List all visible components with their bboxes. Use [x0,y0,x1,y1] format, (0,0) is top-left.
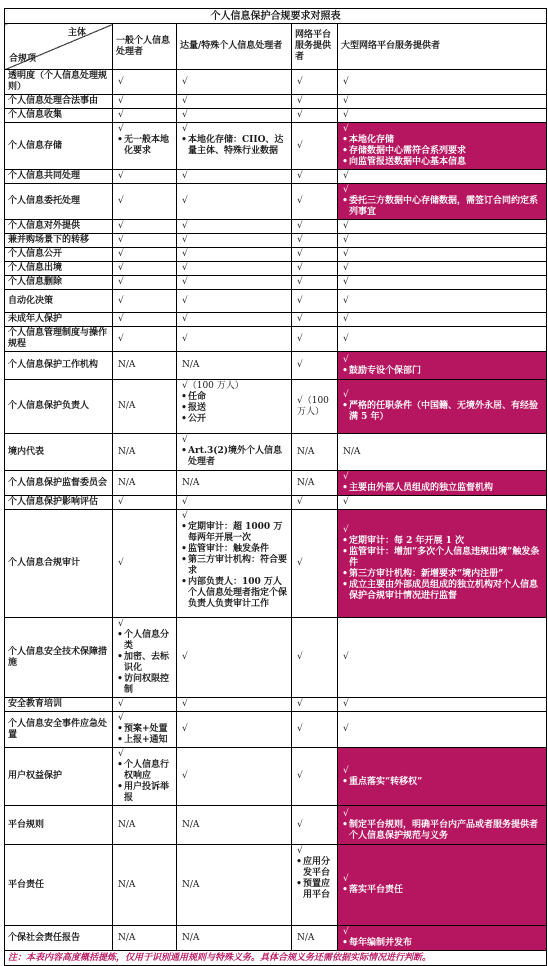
highlight-cell: √•重点落实“转移权” [338,748,547,806]
check-mark: √ [116,110,173,121]
check-mark: √ [180,277,288,288]
check-mark: √ [180,699,288,710]
check-mark: √ [116,124,173,135]
bullet-text: 无一般本地化要求 [124,135,173,157]
compliance-table: 个人信息保护合规要求对照表 主体 合规项 一般个人信息处理者 达量/特殊个人信息… [4,8,547,931]
check-mark: √ [341,249,543,260]
bullet-icon: • [116,760,124,782]
table-row: 个人信息公开√√√√ [5,248,547,262]
check-mark: √ [341,235,543,246]
bullet-item: •内部负责人：100 万人个人信息处理者指定个保负责人负责审计工作 [180,577,288,610]
highlight-cell: √•鼓励专设个保部门 [338,352,547,380]
check-mark: √ [295,699,334,710]
check-mark: √ [180,110,288,121]
bullet-icon: • [180,135,188,157]
cell: √ [177,618,292,698]
cell: √ [177,70,292,95]
na-mark: N/A [116,880,173,891]
corner-label-item: 合规项 [9,54,36,65]
check-mark: √ [116,263,173,274]
row-label: 个人信息合规审计 [5,510,113,618]
check-mark: √ [116,77,173,88]
bullet-icon: • [180,577,188,610]
cell: √ [113,95,177,109]
cell: √ [292,262,338,276]
bullet-text: 个人信息分类 [124,630,173,652]
bullet-icon: • [341,196,349,218]
bullet-text: 主要由外部人员组成的独立监督机构 [349,483,543,494]
cell: √ [338,109,547,123]
check-mark: √ [295,652,334,663]
check-mark: √ [341,334,543,345]
check-mark: √ [180,77,288,88]
check-mark: √ [295,221,334,232]
bullet-text: 本地化存储：CIIO、达量主体、特殊行业数据 [188,135,288,157]
cell: √ [113,290,177,313]
na-mark: N/A [341,447,543,458]
cell: N/A [113,471,177,496]
bullet-icon: • [341,401,349,423]
bullet-text: 第三方审计机构：新增要求“境内注册” [349,569,543,580]
check-mark: √ [180,124,288,135]
cell: √ [292,220,338,234]
cell: √ [113,109,177,123]
na-mark: N/A [116,820,173,831]
check-mark: √ [180,334,288,345]
column-header-platform-provider: 网络平台服务提供者 [292,24,338,70]
cell: N/A [338,434,547,471]
check-mark: √ [341,927,543,931]
table-title: 个人信息保护合规要求对照表 [5,9,547,24]
bullet-icon: • [180,555,188,577]
bullet-text: 内部负责人：100 万人个人信息处理者指定个保负责人负责审计工作 [188,577,288,610]
cell: N/A [177,471,292,496]
bullet-icon: • [341,146,349,157]
check-mark: √ [116,619,173,630]
bullet-item: •监管审计：触发条件 [180,544,288,555]
na-mark: N/A [180,478,288,489]
cell: √ [113,220,177,234]
cell: N/A [177,926,292,932]
bullet-icon: • [341,547,349,569]
check-mark: √ [116,171,173,182]
bullet-item: •上报+通知 [116,735,173,746]
bullet-item: •访问权限控制 [116,674,173,696]
check-mark: √ [295,235,334,246]
table-row: 个人信息合规审计√√•定期审计：超 1000 万每两年开展一次•监管审计：触发条… [5,510,547,618]
cell: √ [292,184,338,220]
bullet-item: •严格的任职条件（中国籍、无境外永居、有经验满 5 年） [341,401,543,423]
check-mark: √ [116,196,173,207]
bullet-text: 任命 [188,392,288,403]
cell: √ [177,327,292,352]
bullet-item: •监管审计：增加“多次个人信息违规出境”触发条件 [341,547,543,569]
table-row: 个人信息管理制度与操作规程√√√√ [5,327,547,352]
bullet-text: 监管审计：触发条件 [188,544,288,555]
highlight-cell: √•主要由外部人员组成的独立监督机构 [338,471,547,496]
row-label: 个人信息删除 [5,276,113,290]
highlight-cell: √•本地化存储•存储数据中心需符合系列要求•向监管报送数据中心基本信息 [338,123,547,170]
compliance-table-wrapper: 个人信息保护合规要求对照表 主体 合规项 一般个人信息处理者 达量/特殊个人信息… [4,8,546,931]
table-row: 个人信息保护负责人N/A√（100 万人）•任命•报送•公开√（100 万人）√… [5,380,547,434]
check-mark: √ [295,724,334,735]
check-mark: √ [116,558,173,569]
cell: √ [292,352,338,380]
check-mark: √（100 万人） [180,381,288,392]
row-label: 透明度（个人信息处理规则） [5,70,113,95]
bullet-icon: • [295,857,303,879]
bullet-item: •第三方审计机构：符合要求 [180,555,288,577]
table-row: 个人信息委托处理√√√√•委托三方数据中心存储数据，需签订合同约定系列事宜 [5,184,547,220]
table-row: 个人信息对外提供√√√√ [5,220,547,234]
cell: N/A [292,926,338,932]
row-label: 个人信息保护工作机构 [5,352,113,380]
cell: √ [292,698,338,712]
table-row: 个人信息保护影响评估√√√√ [5,496,547,510]
bullet-text: 制定平台规则，明确平台内产品或者服务提供者个人信息保护规范与义务 [349,820,543,842]
check-mark: √ [180,296,288,307]
bullet-item: •无一般本地化要求 [116,135,173,157]
na-mark: N/A [116,478,173,489]
cell: √ [113,496,177,510]
cell: √•个人信息行权响应•用户投诉举报 [113,748,177,806]
bullet-text: 严格的任职条件（中国籍、无境外永居、有经验满 5 年） [349,401,543,423]
cell: √ [113,698,177,712]
bullet-text: 委托三方数据中心存储数据，需签订合同约定系列事宜 [349,196,543,218]
cell: √•应用分发平台•预置应用平台 [292,845,338,926]
column-header-volume-special-processor: 达量/特殊个人信息处理者 [177,24,292,70]
row-label: 个人信息收集 [5,109,113,123]
bullet-icon: • [180,446,188,468]
cell: N/A [113,380,177,434]
check-mark: √ [295,141,334,152]
check-mark: √ [180,196,288,207]
table-row: 未成年人保护√√√√ [5,313,547,327]
cell: √ [338,618,547,698]
bullet-item: •定期审计：超 1000 万每两年开展一次 [180,522,288,544]
bullet-item: •应用分发平台 [295,857,334,879]
cell: √•个人信息分类•加密、去标识化•访问权限控制 [113,618,177,698]
cell: √ [113,313,177,327]
cell: N/A [292,471,338,496]
table-row: 透明度（个人信息处理规则）√√√√ [5,70,547,95]
bullet-icon: • [341,820,349,842]
row-label: 个人信息保护影响评估 [5,496,113,510]
bullet-text: 落实平台责任 [349,885,543,896]
bullet-icon: • [180,414,188,425]
bullet-icon: • [341,366,349,377]
table-row: 个人信息处理合法事由√√√√ [5,95,547,109]
cell: √ [292,70,338,95]
cell: √ [177,95,292,109]
bullet-text: 预置应用平台 [303,879,334,901]
highlight-cell: √•制定平台规则，明确平台内产品或者服务提供者个人信息保护规范与义务 [338,806,547,845]
check-mark: √ [116,497,173,508]
cell: √ [177,184,292,220]
row-label: 个人信息安全技术保障措施 [5,618,113,698]
bullet-item: •制定平台规则，明确平台内产品或者服务提供者个人信息保护规范与义务 [341,820,543,842]
check-mark: √ [341,724,543,735]
cell: √ [292,248,338,262]
row-label: 个人信息存储 [5,123,113,170]
check-mark: √ [116,334,173,345]
cell: √ [338,170,547,184]
bullet-item: •落实平台责任 [341,885,543,896]
check-mark: √ [180,263,288,274]
table-row: 个人信息收集√√√√ [5,109,547,123]
cell: √ [292,170,338,184]
row-label: 平台规则 [5,806,113,845]
check-mark: √ [341,96,543,107]
bullet-text: 加密、去标识化 [124,652,173,674]
cell: √ [113,170,177,184]
table-body: 透明度（个人信息处理规则）√√√√个人信息处理合法事由√√√√个人信息收集√√√… [5,70,547,932]
check-mark: √ [295,196,334,207]
highlight-cell: √•委托三方数据中心存储数据，需签订合同约定系列事宜 [338,184,547,220]
check-mark: √ [341,472,543,483]
check-mark: √ [341,277,543,288]
check-mark: √ [180,249,288,260]
bullet-text: 监管审计：增加“多次个人信息违规出境”触发条件 [349,547,543,569]
bullet-item: •存储数据中心需符合系列要求 [341,146,543,157]
cell: √ [177,109,292,123]
check-mark: √ [341,124,543,135]
table-row: 境内代表N/A√•Art.3(2)境外个人信息处理者N/AN/A [5,434,547,471]
bullet-icon: • [180,544,188,555]
check-mark: √ [295,249,334,260]
cell: √ [292,496,338,510]
check-mark: √ [341,699,543,710]
row-label: 个人信息安全事件应急处置 [5,712,113,748]
highlight-cell: √•每年编制并发布 [338,926,547,932]
cell: N/A [292,434,338,471]
check-mark: √ [295,277,334,288]
bullet-icon: • [341,777,349,788]
bullet-item: •委托三方数据中心存储数据，需签订合同约定系列事宜 [341,196,543,218]
bullet-text: 报送 [188,403,288,414]
cell: √ [292,327,338,352]
row-label: 境内代表 [5,434,113,471]
row-label: 个保社会责任报告 [5,926,113,932]
cell: √ [338,496,547,510]
bullet-icon: • [341,483,349,494]
bullet-icon: • [116,782,124,804]
cell: √ [177,496,292,510]
row-label: 个人信息委托处理 [5,184,113,220]
check-mark: √ [341,497,543,508]
cell: √ [113,262,177,276]
check-mark: √ [341,296,543,307]
check-mark: √ [295,846,334,857]
highlight-cell: √•严格的任职条件（中国籍、无境外永居、有经验满 5 年） [338,380,547,434]
check-mark: √ [116,96,173,107]
bullet-item: •本地化存储 [341,135,543,146]
bullet-text: 鼓励专设个保部门 [349,366,543,377]
check-mark: √ [116,249,173,260]
na-mark: N/A [116,401,173,412]
row-label: 平台责任 [5,845,113,926]
cell: √ [177,313,292,327]
table-row: 个人信息删除√√√√ [5,276,547,290]
bullet-icon: • [116,630,124,652]
cell: √ [338,327,547,352]
check-mark: √ [341,766,543,777]
check-mark: √ [295,96,334,107]
cell: √ [338,70,547,95]
check-mark: √ [341,263,543,274]
check-mark: √ [180,497,288,508]
bullet-icon: • [295,879,303,901]
bullet-text: 存储数据中心需符合系列要求 [349,146,543,157]
cell: √ [177,234,292,248]
check-mark: √ [180,96,288,107]
bullet-item: •个人信息行权响应 [116,760,173,782]
cell: √ [292,234,338,248]
check-mark: √ [295,771,334,782]
bullet-item: •加密、去标识化 [116,652,173,674]
bullet-icon: • [116,735,124,746]
cell: √ [292,123,338,170]
check-mark: √ [341,809,543,820]
bullet-text: 用户投诉举报 [124,782,173,804]
bullet-item: •第三方审计机构：新增要求“境内注册” [341,569,543,580]
check-mark: √ [341,171,543,182]
check-mark: √ [341,221,543,232]
cell: N/A [113,926,177,932]
bullet-text: 定期审计：每 2 年开展 1 次 [349,536,543,547]
bullet-text: Art.3(2)境外个人信息处理者 [188,446,288,468]
check-mark: √ [295,334,334,345]
cell: √ [177,170,292,184]
bullet-item: •鼓励专设个保部门 [341,366,543,377]
bullet-item: •成立主要由外部成员组成的独立机构对个人信息保护合规审计情况进行监督 [341,580,543,602]
check-mark: √ [180,235,288,246]
cell: √（100 万人）•任命•报送•公开 [177,380,292,434]
table-row: 个人信息安全技术保障措施√•个人信息分类•加密、去标识化•访问权限控制√√√ [5,618,547,698]
check-mark: √ [116,221,173,232]
na-mark: N/A [295,478,334,489]
cell: √•本地化存储：CIIO、达量主体、特殊行业数据 [177,123,292,170]
highlight-cell: √•落实平台责任 [338,845,547,926]
cell: √ [177,748,292,806]
row-label: 个人信息对外提供 [5,220,113,234]
bullet-item: •主要由外部人员组成的独立监督机构 [341,483,543,494]
cell: √•无一般本地化要求 [113,123,177,170]
check-mark: √ [295,497,334,508]
check-mark: √ [295,314,334,325]
check-mark: √ [116,277,173,288]
row-label: 自动化决策 [5,290,113,313]
cell: √ [113,276,177,290]
bullet-icon: • [116,674,124,696]
cell: √ [292,109,338,123]
column-header-general-processor: 一般个人信息处理者 [113,24,177,70]
bullet-item: •预案+处置 [116,724,173,735]
check-mark: √ [295,110,334,121]
bullet-text: 个人信息行权响应 [124,760,173,782]
bullet-icon: • [180,522,188,544]
check-mark: √ [341,110,543,121]
title-row: 个人信息保护合规要求对照表 [5,9,547,24]
cell: √ [292,618,338,698]
bullet-icon: • [116,135,124,157]
cell: √ [113,184,177,220]
bullet-item: •预置应用平台 [295,879,334,901]
check-mark: √ [341,525,543,536]
check-mark: √ [116,235,173,246]
check-mark: √ [295,171,334,182]
check-mark: √ [341,77,543,88]
cell: √ [338,262,547,276]
cell: √•定期审计：超 1000 万每两年开展一次•监管审计：触发条件•第三方审计机构… [177,510,292,618]
cell: √ [177,290,292,313]
check-mark: √ [295,77,334,88]
row-label: 安全教育培训 [5,698,113,712]
check-mark: √ [341,314,543,325]
cell: √ [113,70,177,95]
cell: √ [292,748,338,806]
header-row: 主体 合规项 一般个人信息处理者 达量/特殊个人信息处理者 网络平台服务提供者 … [5,24,547,70]
check-mark: √ [341,652,543,663]
cell: √ [338,95,547,109]
check-mark: √ [116,314,173,325]
table-row: 个人信息存储√•无一般本地化要求√•本地化存储：CIIO、达量主体、特殊行业数据… [5,123,547,170]
cell: √•预案+处置•上报+通知 [113,712,177,748]
check-mark: √（100 万人） [295,396,334,418]
bullet-item: •个人信息分类 [116,630,173,652]
cell: √ [292,95,338,109]
bullet-icon: • [341,157,349,168]
bullet-text: 公开 [188,414,288,425]
check-mark: √ [295,296,334,307]
bullet-text: 本地化存储 [349,135,543,146]
cell: √（100 万人） [292,380,338,434]
cell: √ [292,712,338,748]
cell: N/A [177,806,292,845]
bullet-icon: • [341,580,349,602]
cell: √ [177,276,292,290]
cell: √ [292,276,338,290]
bullet-item: •用户投诉举报 [116,782,173,804]
cell: √ [177,220,292,234]
cell: √ [338,712,547,748]
cell: √ [338,234,547,248]
row-label: 兼并购场景下的转移 [5,234,113,248]
cell: √ [113,248,177,262]
cell: N/A [113,806,177,845]
bullet-text: 应用分发平台 [303,857,334,879]
cell: √•Art.3(2)境外个人信息处理者 [177,434,292,471]
cell: N/A [177,845,292,926]
na-mark: N/A [180,360,288,371]
cell: √ [292,313,338,327]
check-mark: √ [295,558,334,569]
cell: √ [292,290,338,313]
check-mark: √ [295,360,334,371]
cell: √ [338,290,547,313]
bullet-icon: • [341,536,349,547]
cell: √ [338,220,547,234]
cell: N/A [177,352,292,380]
cell: N/A [113,352,177,380]
check-mark: √ [180,221,288,232]
bullet-item: •本地化存储：CIIO、达量主体、特殊行业数据 [180,135,288,157]
check-mark: √ [180,314,288,325]
na-mark: N/A [180,880,288,891]
cell: √ [177,698,292,712]
check-mark: √ [180,724,288,735]
highlight-cell: √•定期审计：每 2 年开展 1 次•监管审计：增加“多次个人信息违规出境”触发… [338,510,547,618]
